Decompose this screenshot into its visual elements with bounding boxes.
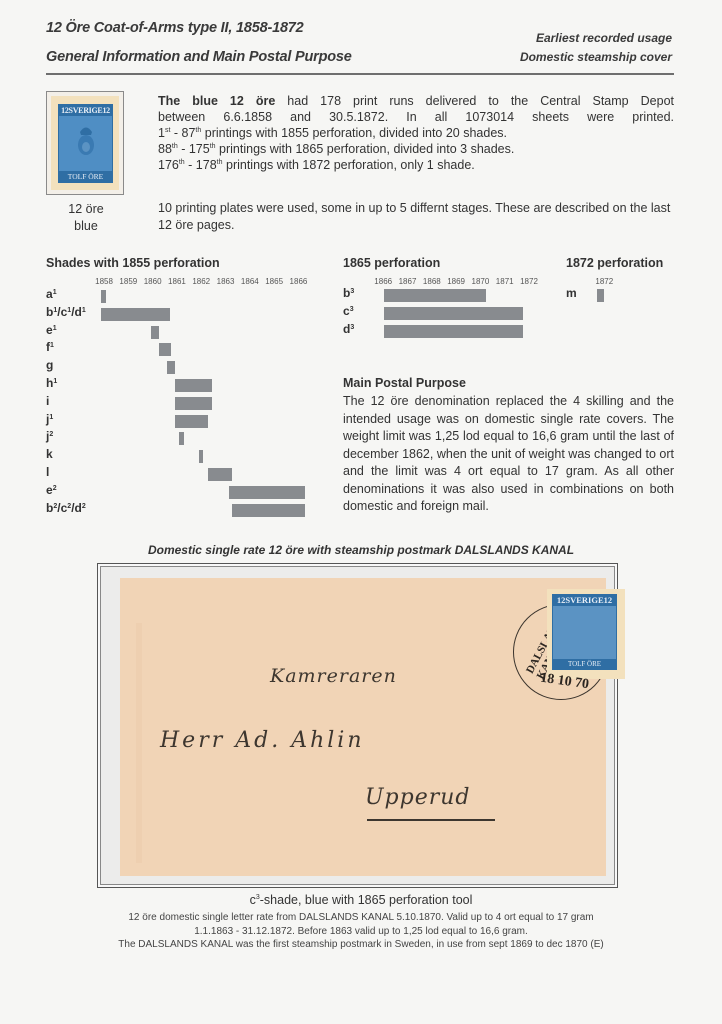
cover-caption-title: c3-shade, blue with 1865 perforation too… — [0, 893, 722, 907]
shade-period-bar — [151, 326, 160, 339]
stamp-caption-color: blue — [46, 218, 126, 235]
axis-tick-label: 1864 — [241, 277, 259, 286]
axis-tick-label: 1866 — [374, 277, 392, 286]
intro-line-1: The blue 12 öre had 178 print runs deliv… — [158, 93, 674, 109]
shade-label: e1 — [46, 323, 57, 337]
axis-tick-label: 1861 — [168, 277, 186, 286]
shade-period-bar — [199, 450, 203, 463]
caption-title-rest: -shade, blue with 1865 perforation tool — [260, 893, 473, 907]
caption-line: The DALSLANDS KANAL was the first steams… — [0, 938, 722, 952]
coat-of-arms-icon — [76, 123, 96, 159]
axis-tick-label: 1858 — [95, 277, 113, 286]
shade-period-bar — [179, 432, 184, 445]
axis-tick-label: 1862 — [192, 277, 210, 286]
axis-tick-label: 1868 — [423, 277, 441, 286]
shade-period-bar — [597, 289, 604, 302]
cover-title: Domestic single rate 12 öre with steamsh… — [0, 543, 722, 557]
shade-label: g — [46, 358, 53, 372]
stamp-caption-value: 12 öre — [46, 201, 126, 218]
shade-period-bar — [175, 397, 211, 410]
axis-tick-label: 1859 — [119, 277, 137, 286]
chart-1872-plot: 1872m — [566, 256, 676, 316]
axis-tick-label: 1872 — [520, 277, 538, 286]
stamp-bottom-text: TOLF ÖRE — [59, 171, 112, 182]
intro-bold-lead: The blue 12 öre — [158, 94, 275, 108]
chart-1855-plot: 185818591860186118621863186418651866a1b1… — [46, 256, 326, 516]
page-subtitle: General Information and Main Postal Purp… — [46, 49, 352, 65]
shade-label: f1 — [46, 340, 54, 354]
axis-tick-label: 1863 — [217, 277, 235, 286]
shade-label: k — [46, 447, 53, 461]
plates-text: 10 printing plates were used, some in up… — [158, 200, 674, 234]
shade-label: j2 — [46, 429, 53, 443]
main-postal-purpose-title: Main Postal Purpose — [343, 376, 466, 390]
intro-line-2: between 6.6.1858 and 30.5.1872. In all 1… — [158, 109, 674, 125]
shade-label: b1/c1/d1 — [46, 305, 86, 319]
shade-label: c3 — [343, 304, 354, 318]
axis-tick-label: 1869 — [447, 277, 465, 286]
shade-period-bar — [101, 308, 170, 321]
axis-tick-label: 1865 — [265, 277, 283, 286]
shade-label: h1 — [46, 376, 57, 390]
printings-list: 1st - 87th printings with 1855 perforati… — [158, 125, 674, 173]
address-line-1: Kamreraren — [270, 665, 397, 687]
stamp-top-text: 12SVERIGE12 — [59, 105, 112, 116]
shade-label: i — [46, 394, 49, 408]
page-title: 12 Öre Coat-of-Arms type II, 1858-1872 — [46, 20, 304, 36]
shade-label: d3 — [343, 322, 354, 336]
address-line-3: Upperud — [365, 785, 471, 810]
header-note-earliest: Earliest recorded usage — [536, 31, 672, 45]
chart-1855-perforation: Shades with 1855 perforation 18581859186… — [46, 256, 326, 516]
main-postal-purpose-text: The 12 öre denomination replaced the 4 s… — [343, 393, 674, 516]
chart-1865-perforation: 1865 perforation 18661867186818691870187… — [343, 256, 543, 346]
shade-period-bar — [384, 307, 523, 320]
shade-period-bar — [384, 325, 523, 338]
shade-label: m — [566, 286, 577, 300]
stamp-image-frame: 12SVERIGE12 TOLF ÖRE — [46, 91, 124, 195]
stamp-12-ore-blue: 12SVERIGE12 TOLF ÖRE — [58, 104, 113, 183]
cover-stamp: 12SVERIGE12 TOLF ÖRE — [547, 589, 625, 679]
shade-label: b3 — [343, 286, 354, 300]
chart-1872-perforation: 1872 perforation 1872m — [566, 256, 676, 316]
caption-line: 1.1.1863 - 31.12.1872. Before 1863 valid… — [0, 925, 722, 939]
shade-period-bar — [159, 343, 171, 356]
axis-tick-label: 1871 — [496, 277, 514, 286]
cover-stamp-bottom-text: TOLF ÖRE — [553, 659, 616, 669]
intro-line-1-rest: had 178 print runs delivered to the Cent… — [275, 94, 674, 108]
cover-stamp-top-text: 12SVERIGE12 — [553, 595, 616, 606]
axis-tick-label: 1870 — [472, 277, 490, 286]
printing-line: 176th - 178th printings with 1872 perfor… — [158, 157, 674, 173]
shade-period-bar — [229, 486, 306, 499]
shade-period-bar — [175, 379, 211, 392]
printing-line: 88th - 175th printings with 1865 perfora… — [158, 141, 674, 157]
shade-period-bar — [101, 290, 106, 303]
shade-period-bar — [208, 468, 232, 481]
cover-image-frame: DALSLANDS KANAL 12SVERIGE12 TOLF ÖRE 18 … — [97, 563, 618, 888]
axis-tick-label: 1872 — [595, 277, 613, 286]
address-line-2: Herr Ad. Ahlin — [160, 728, 365, 753]
intro-text: The blue 12 öre had 178 print runs deliv… — [158, 93, 674, 173]
shade-period-bar — [384, 289, 486, 302]
address-underline — [367, 819, 495, 821]
stamp-caption: 12 öre blue — [46, 201, 126, 235]
axis-tick-label: 1860 — [144, 277, 162, 286]
chart-1865-plot: 1866186718681869187018711872b3c3d3 — [343, 256, 543, 346]
shade-period-bar — [175, 415, 208, 428]
shade-label: l — [46, 465, 49, 479]
axis-tick-label: 1867 — [399, 277, 417, 286]
cover-stamp-design: 12SVERIGE12 TOLF ÖRE — [552, 594, 617, 670]
printing-line: 1st - 87th printings with 1855 perforati… — [158, 125, 674, 141]
shade-label: b2/c2/d2 — [46, 501, 86, 515]
axis-tick-label: 1866 — [290, 277, 308, 286]
shade-period-bar — [167, 361, 176, 374]
envelope-fold — [136, 623, 142, 863]
stamp-paper: 12SVERIGE12 TOLF ÖRE — [51, 96, 119, 190]
caption-line: 12 öre domestic single letter rate from … — [0, 911, 722, 925]
cover-caption-body: 12 öre domestic single letter rate from … — [0, 911, 722, 952]
shade-label: e2 — [46, 483, 57, 497]
header-note-cover-type: Domestic steamship cover — [520, 50, 672, 64]
shade-label: a1 — [46, 287, 57, 301]
header-divider — [46, 73, 674, 75]
envelope: DALSLANDS KANAL 12SVERIGE12 TOLF ÖRE 18 … — [120, 578, 606, 876]
shade-label: j1 — [46, 412, 53, 426]
shade-period-bar — [232, 504, 305, 517]
